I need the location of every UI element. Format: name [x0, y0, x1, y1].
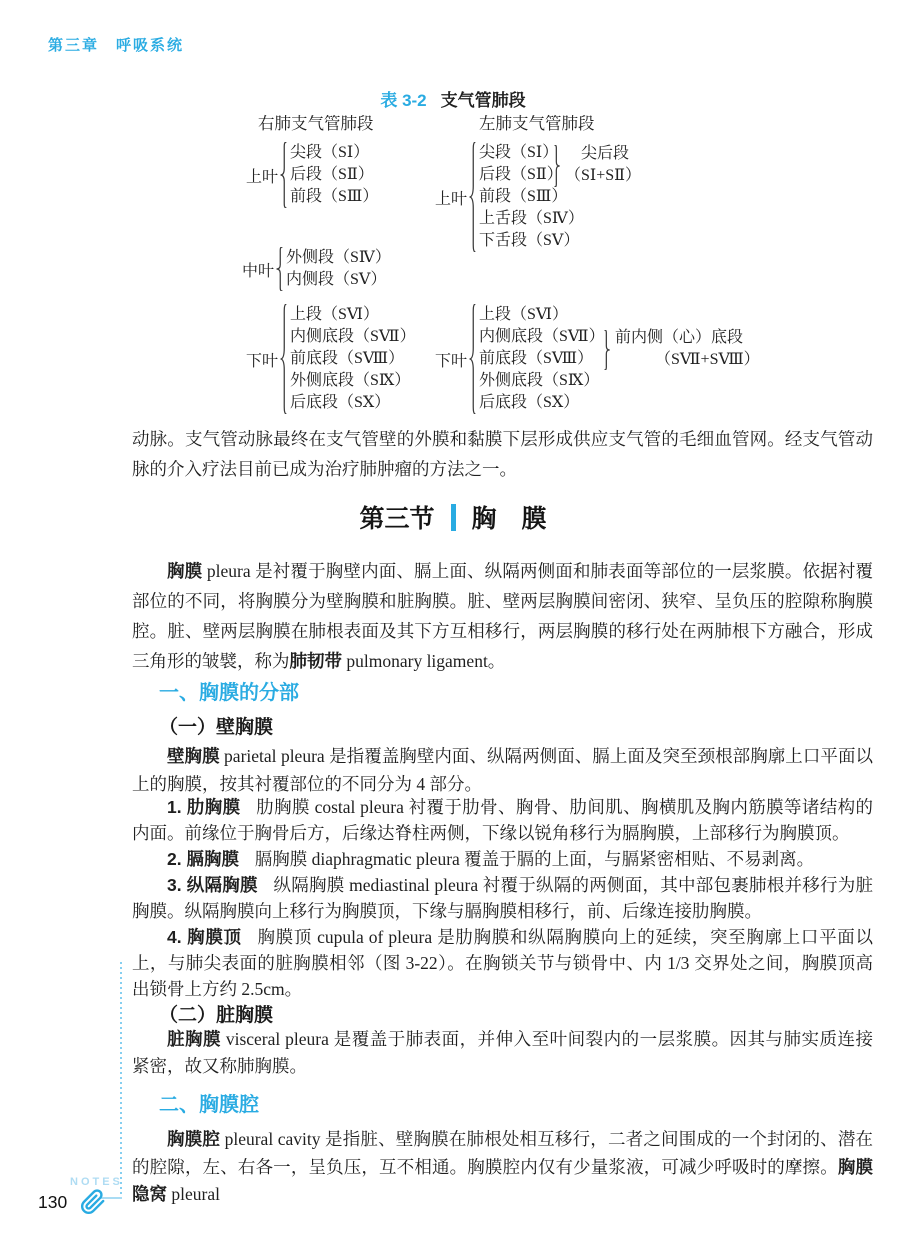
- combined-segment-formula: （SⅠ+SⅡ）: [565, 165, 641, 187]
- combined-segment-annotation: 尖后段 （SⅠ+SⅡ）: [553, 143, 641, 187]
- parietal-item-1: 1. 肋胸膜肋胸膜 costal pleura 衬覆于肋骨、胸骨、肋间肌、胸横肌…: [132, 794, 873, 846]
- segment-item: 外侧底段（SⅨ）: [479, 370, 605, 392]
- parietal-paragraph: 壁胸膜 parietal pleura 是指覆盖胸壁内面、纵隔两侧面、膈上面及突…: [132, 742, 873, 798]
- table-caption: 表 3-2 支气管肺段: [0, 86, 906, 111]
- left-lung-column-header: 左肺支气管肺段: [479, 110, 595, 134]
- parietal-item-4: 4. 胸膜顶胸膜顶 cupula of pleura 是肋胸膜和纵隔胸膜向上的延…: [132, 924, 873, 1002]
- segment-item: 下舌段（SⅤ）: [479, 230, 584, 252]
- parietal-items-block: 1. 肋胸膜肋胸膜 costal pleura 衬覆于肋骨、胸骨、肋间肌、胸横肌…: [132, 794, 873, 1002]
- parietal-item-2: 2. 膈胸膜膈胸膜 diaphragmatic pleura 覆盖于膈的上面，与…: [132, 846, 873, 872]
- section-divider-bar: [451, 504, 456, 531]
- chapter-header: 第三章 呼吸系统: [48, 34, 184, 55]
- lobe-label: 上叶: [435, 186, 467, 209]
- combined-segment-annotation: 前内侧（心）底段 （SⅦ+SⅧ）: [603, 327, 760, 371]
- segment-item: 尖段（SⅠ）: [290, 142, 378, 164]
- section-header: 第三节 胸 膜: [0, 499, 906, 535]
- lobe-label: 下叶: [246, 348, 278, 371]
- sub-heading-parietal: （一）壁胸膜: [159, 712, 273, 739]
- close-brace-icon: [603, 330, 611, 370]
- paragraph-text: parietal pleura 是指覆盖胸壁内面、纵隔两侧面、膈上面及突至颈根部…: [132, 746, 873, 794]
- paragraph-text: pulmonary ligament。: [342, 651, 505, 671]
- segment-item: 外侧底段（SⅨ）: [290, 370, 416, 392]
- item-term: 1. 肋胸膜: [167, 797, 240, 817]
- segment-item: 后底段（SⅩ）: [479, 392, 605, 414]
- segment-item: 上段（SⅥ）: [479, 304, 605, 326]
- segment-group-right-lower: 下叶 上段（SⅥ） 内侧底段（SⅦ） 前底段（SⅧ） 外侧底段（SⅨ） 后底段（…: [246, 304, 416, 414]
- segment-item: 上舌段（SⅣ）: [479, 208, 584, 230]
- open-brace-icon: [275, 247, 284, 291]
- segment-item: 内侧段（SⅤ）: [286, 269, 391, 291]
- paragraph-text: visceral pleura 是覆盖于肺表面，并伸入至叶间裂内的一层浆膜。因其…: [132, 1029, 873, 1076]
- section-title: 胸 膜: [472, 499, 547, 535]
- open-brace-icon: [279, 304, 288, 414]
- item-term: 2. 膈胸膜: [167, 849, 239, 869]
- segment-item: 前段（SⅢ）: [290, 186, 378, 208]
- segment-group-left-upper: 上叶 尖段（SⅠ） 后段（SⅡ） 前段（SⅢ） 上舌段（SⅣ） 下舌段（SⅤ） …: [435, 142, 584, 252]
- parietal-item-3: 3. 纵隔胸膜纵隔胸膜 mediastinal pleura 衬覆于纵隔的两侧面…: [132, 872, 873, 924]
- segment-group-left-lower: 下叶 上段（SⅥ） 内侧底段（SⅦ） 前底段（SⅧ） 外侧底段（SⅨ） 后底段（…: [435, 304, 605, 414]
- section-number: 第三节: [359, 499, 434, 535]
- sub-heading-visceral: （二）脏胸膜: [159, 1000, 273, 1027]
- item-text: 肋胸膜 costal pleura 衬覆于肋骨、胸骨、肋间肌、胸横肌及胸内筋膜等…: [132, 797, 873, 843]
- pleura-intro-paragraph: 胸膜 pleura 是衬覆于胸壁内面、膈上面、纵隔两侧面和肺表面等部位的一层浆膜…: [132, 556, 873, 676]
- lobe-label: 下叶: [435, 348, 467, 371]
- segment-group-right-middle: 中叶 外侧段（SⅣ） 内侧段（SⅤ）: [242, 247, 391, 291]
- notes-margin-dotted-line: [120, 962, 122, 1199]
- bold-term: 胸膜腔: [167, 1129, 220, 1149]
- paragraph-text: pleural: [167, 1184, 220, 1204]
- bold-term: 壁胸膜: [167, 746, 220, 766]
- combined-segment-name: 前内侧（心）底段: [615, 327, 760, 349]
- segment-item: 前段（SⅢ）: [479, 186, 584, 208]
- segment-item: 前底段（SⅧ）: [479, 348, 605, 370]
- segment-item: 内侧底段（SⅦ）: [290, 326, 416, 348]
- artery-paragraph: 动脉。支气管动脉最终在支气管壁的外膜和黏膜下层形成供应支气管的毛细血管网。经支气…: [132, 424, 873, 484]
- table-caption-title: 支气管肺段: [441, 86, 526, 111]
- page-number: 130: [38, 1192, 67, 1213]
- segment-group-right-upper: 上叶 尖段（SⅠ） 后段（SⅡ） 前段（SⅢ）: [246, 142, 378, 208]
- segment-item: 前底段（SⅧ）: [290, 348, 416, 370]
- segment-item: 外侧段（SⅣ）: [286, 247, 391, 269]
- bold-term: 胸膜: [167, 561, 202, 581]
- table-caption-number: 表 3-2: [380, 86, 426, 111]
- segment-item: 上段（SⅥ）: [290, 304, 416, 326]
- right-lung-column-header: 右肺支气管肺段: [258, 110, 374, 134]
- open-brace-icon: [468, 304, 477, 414]
- open-brace-icon: [468, 142, 477, 252]
- textbook-page: 第三章 呼吸系统 表 3-2 支气管肺段 右肺支气管肺段 左肺支气管肺段 上叶 …: [0, 0, 906, 1250]
- item-term: 3. 纵隔胸膜: [167, 875, 258, 895]
- combined-segment-formula: （SⅦ+SⅧ）: [615, 349, 760, 371]
- segment-item: 后段（SⅡ）: [290, 164, 378, 186]
- paragraph-text: pleural cavity 是指脏、壁胸膜在肺根处相互移行，二者之间围成的一个…: [132, 1129, 873, 1177]
- paperclip-icon: [80, 1188, 106, 1216]
- item-text: 胸膜顶 cupula of pleura 是肋胸膜和纵隔胸膜向上的延续，突至胸廓…: [132, 927, 873, 999]
- combined-segment-name: 尖后段: [565, 143, 641, 165]
- visceral-paragraph: 脏胸膜 visceral pleura 是覆盖于肺表面，并伸入至叶间裂内的一层浆…: [132, 1026, 873, 1080]
- part-heading-2: 二、胸膜腔: [159, 1088, 259, 1117]
- open-brace-icon: [279, 142, 288, 208]
- segment-item: 后底段（SⅩ）: [290, 392, 416, 414]
- notes-label: NOTES: [70, 1176, 123, 1188]
- segment-item: 内侧底段（SⅦ）: [479, 326, 605, 348]
- bold-term: 脏胸膜: [167, 1029, 221, 1049]
- item-term: 4. 胸膜顶: [167, 927, 242, 947]
- lobe-label: 上叶: [246, 164, 278, 187]
- cavity-paragraph: 胸膜腔 pleural cavity 是指脏、壁胸膜在肺根处相互移行，二者之间围…: [132, 1126, 873, 1209]
- lobe-label: 中叶: [242, 258, 274, 281]
- item-text: 膈胸膜 diaphragmatic pleura 覆盖于膈的上面，与膈紧密相贴、…: [255, 849, 814, 869]
- part-heading-1: 一、胸膜的分部: [159, 676, 299, 705]
- bold-term: 肺韧带: [290, 651, 343, 671]
- close-brace-icon: [553, 145, 561, 187]
